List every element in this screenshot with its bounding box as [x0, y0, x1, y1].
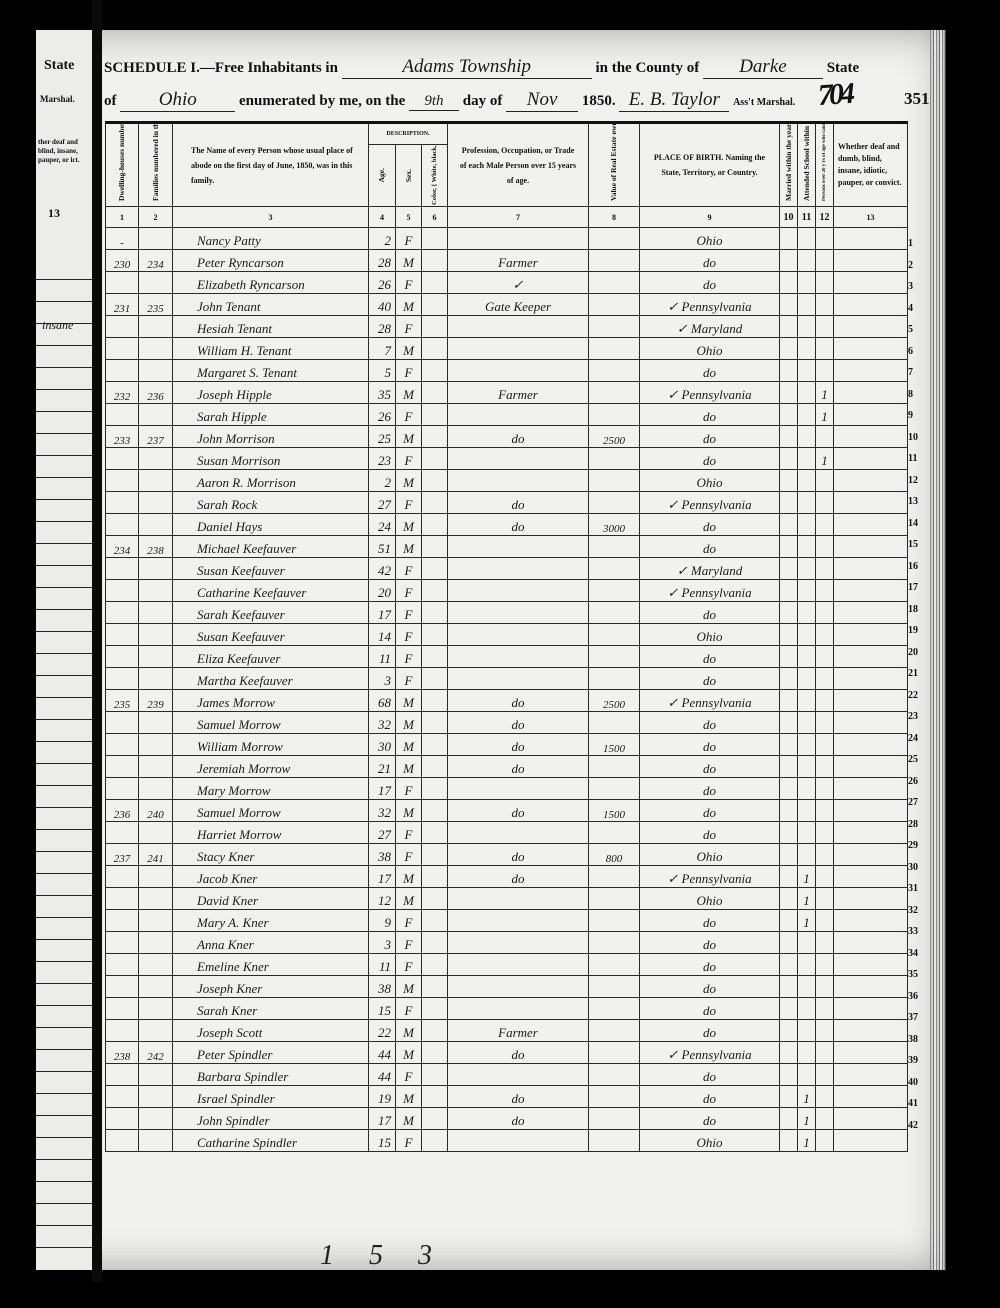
school-cell: 1	[798, 910, 816, 932]
person-name: John Spindler	[173, 1108, 369, 1130]
col-number: 8	[589, 207, 640, 228]
family-number	[139, 932, 173, 954]
disability-cell	[834, 492, 908, 514]
illiterate-cell	[816, 976, 834, 998]
person-name: Barbara Spindler	[173, 1064, 369, 1086]
illiterate-cell	[816, 536, 834, 558]
color-cell	[422, 514, 448, 536]
occupation-cell: do	[448, 800, 589, 822]
person-name: William H. Tenant	[173, 338, 369, 360]
occupation-cell	[448, 404, 589, 426]
married-cell	[780, 602, 798, 624]
birthplace-cell: do	[640, 448, 780, 470]
table-row: 230234Peter Ryncarson28MFarmerdo	[106, 250, 908, 272]
illiterate-cell	[816, 668, 834, 690]
color-cell	[422, 932, 448, 954]
age-cell: 28	[369, 250, 396, 272]
illiterate-cell	[816, 558, 834, 580]
occupation-cell	[448, 822, 589, 844]
township-field: Adams Township	[342, 56, 592, 79]
occupation-cell: Farmer	[448, 1020, 589, 1042]
occupation-cell: do	[448, 1108, 589, 1130]
color-cell	[422, 338, 448, 360]
family-number	[139, 888, 173, 910]
dwelling-number	[106, 932, 139, 954]
age-cell: 5	[369, 360, 396, 382]
married-cell	[780, 382, 798, 404]
enumerator-field: E. B. Taylor	[619, 89, 729, 112]
schedule-header-line1: SCHEDULE I.—Free Inhabitants in Adams To…	[104, 56, 859, 79]
col-sex-header: Sex.	[396, 145, 422, 207]
family-number: 238	[139, 536, 173, 558]
dwelling-number	[106, 514, 139, 536]
disability-cell	[834, 778, 908, 800]
line-number: 25	[908, 749, 918, 771]
prev-marshal-label: Marshal.	[40, 94, 75, 104]
illiterate-cell	[816, 756, 834, 778]
dwelling-number	[106, 360, 139, 382]
disability-cell	[834, 756, 908, 778]
real-estate-value-cell	[589, 1020, 640, 1042]
person-name: Catharine Keefauver	[173, 580, 369, 602]
school-cell	[798, 954, 816, 976]
dwelling-number	[106, 712, 139, 734]
illiterate-cell	[816, 470, 834, 492]
sex-cell: M	[396, 294, 422, 316]
illiterate-cell	[816, 712, 834, 734]
family-number	[139, 822, 173, 844]
age-cell: 27	[369, 822, 396, 844]
table-row: Emeline Kner11Fdo	[106, 954, 908, 976]
dwelling-number	[106, 558, 139, 580]
school-cell	[798, 228, 816, 250]
age-cell: 19	[369, 1086, 396, 1108]
line-number: 12	[908, 470, 918, 492]
real-estate-value-cell	[589, 492, 640, 514]
age-cell: 42	[369, 558, 396, 580]
real-estate-value-cell	[589, 976, 640, 998]
table-row: Daniel Hays24Mdo3000do	[106, 514, 908, 536]
birthplace-cell: ✓ Maryland	[640, 558, 780, 580]
line-number: 17	[908, 577, 918, 599]
table-row: Joseph Scott22MFarmerdo	[106, 1020, 908, 1042]
married-cell	[780, 1064, 798, 1086]
person-name: Elizabeth Ryncarson	[173, 272, 369, 294]
color-cell	[422, 228, 448, 250]
person-name: Joseph Kner	[173, 976, 369, 998]
family-number	[139, 1130, 173, 1152]
disability-cell	[834, 514, 908, 536]
col-birthplace-header: PLACE OF BIRTH. Naming the State, Territ…	[640, 123, 780, 207]
family-number: 237	[139, 426, 173, 448]
line-number: 31	[908, 878, 918, 900]
line-number: 11	[908, 448, 918, 470]
married-cell	[780, 228, 798, 250]
illiterate-cell	[816, 250, 834, 272]
birthplace-cell: ✓ Pennsylvania	[640, 866, 780, 888]
line-number: 23	[908, 706, 918, 728]
illiterate-cell	[816, 778, 834, 800]
table-row: Martha Keefauver3Fdo	[106, 668, 908, 690]
person-name: Nancy Patty	[173, 228, 369, 250]
occupation-cell	[448, 338, 589, 360]
age-cell: 22	[369, 1020, 396, 1042]
occupation-cell: do	[448, 514, 589, 536]
disability-cell	[834, 624, 908, 646]
dwelling-number: 233	[106, 426, 139, 448]
col-age-header: Age.	[369, 145, 396, 207]
disability-cell	[834, 1108, 908, 1130]
disability-cell	[834, 1064, 908, 1086]
occupation-cell	[448, 228, 589, 250]
age-cell: 28	[369, 316, 396, 338]
age-cell: 27	[369, 492, 396, 514]
illiterate-cell	[816, 800, 834, 822]
occupation-cell: do	[448, 756, 589, 778]
real-estate-value-cell	[589, 360, 640, 382]
married-cell	[780, 1020, 798, 1042]
disability-cell	[834, 822, 908, 844]
school-cell	[798, 492, 816, 514]
sex-cell: F	[396, 998, 422, 1020]
table-row: Aaron R. Morrison2MOhio	[106, 470, 908, 492]
married-cell	[780, 338, 798, 360]
birthplace-cell: ✓ Maryland	[640, 316, 780, 338]
county-field: Darke	[703, 56, 823, 79]
line-number: 38	[908, 1029, 918, 1051]
real-estate-value-cell	[589, 1086, 640, 1108]
color-cell	[422, 448, 448, 470]
occupation-cell	[448, 602, 589, 624]
prev-col13-header: ther deaf and blind, insane, pauper, or …	[38, 138, 92, 165]
school-cell	[798, 558, 816, 580]
occupation-cell	[448, 668, 589, 690]
table-row: Harriet Morrow27Fdo	[106, 822, 908, 844]
age-cell: 44	[369, 1042, 396, 1064]
family-number	[139, 228, 173, 250]
disability-cell	[834, 976, 908, 998]
disability-cell	[834, 316, 908, 338]
real-estate-value-cell	[589, 954, 640, 976]
age-cell: 26	[369, 272, 396, 294]
age-cell: 2	[369, 470, 396, 492]
sex-cell: F	[396, 448, 422, 470]
table-row: 232236Joseph Hipple35MFarmer✓ Pennsylvan…	[106, 382, 908, 404]
school-cell	[798, 250, 816, 272]
school-cell	[798, 646, 816, 668]
married-cell	[780, 580, 798, 602]
col-disability-header: Whether deaf and dumb, blind, insane, id…	[834, 123, 908, 207]
illiterate-cell	[816, 690, 834, 712]
person-name: Peter Spindler	[173, 1042, 369, 1064]
age-cell: 17	[369, 602, 396, 624]
age-cell: 32	[369, 800, 396, 822]
age-cell: 68	[369, 690, 396, 712]
dwelling-number	[106, 910, 139, 932]
sex-cell: F	[396, 316, 422, 338]
color-cell	[422, 294, 448, 316]
school-cell: 1	[798, 1108, 816, 1130]
illiterate-cell	[816, 580, 834, 602]
sex-cell: M	[396, 1108, 422, 1130]
line-number: 24	[908, 728, 918, 750]
real-estate-value-cell	[589, 646, 640, 668]
married-cell	[780, 976, 798, 998]
age-cell: 12	[369, 888, 396, 910]
real-estate-value-cell: 1500	[589, 800, 640, 822]
person-name: Susan Keefauver	[173, 624, 369, 646]
disability-cell	[834, 404, 908, 426]
illiterate-cell	[816, 624, 834, 646]
table-row: 231235John Tenant40MGate Keeper✓ Pennsyl…	[106, 294, 908, 316]
table-row: Susan Keefauver42F✓ Maryland	[106, 558, 908, 580]
sex-cell: F	[396, 228, 422, 250]
occupation-cell	[448, 910, 589, 932]
family-number	[139, 778, 173, 800]
birthplace-cell: Ohio	[640, 338, 780, 360]
dwelling-number	[106, 668, 139, 690]
school-cell	[798, 1042, 816, 1064]
real-estate-value-cell	[589, 1108, 640, 1130]
illiterate-cell	[816, 954, 834, 976]
line-number-column: 1234567891011121314151617181920212223242…	[908, 233, 918, 1136]
occupation-cell: ✓	[448, 272, 589, 294]
school-cell: 1	[798, 1130, 816, 1152]
family-number	[139, 910, 173, 932]
line-number: 4	[908, 298, 918, 320]
line-number: 10	[908, 427, 918, 449]
table-row: John Spindler17Mdodo1	[106, 1108, 908, 1130]
color-cell	[422, 976, 448, 998]
married-cell	[780, 1108, 798, 1130]
dwelling-number	[106, 404, 139, 426]
birthplace-cell: do	[640, 954, 780, 976]
sex-cell: M	[396, 250, 422, 272]
color-cell	[422, 778, 448, 800]
married-cell	[780, 866, 798, 888]
family-number	[139, 448, 173, 470]
sex-cell: F	[396, 492, 422, 514]
birthplace-cell: ✓ Pennsylvania	[640, 690, 780, 712]
dwelling-number: 234	[106, 536, 139, 558]
disability-cell	[834, 1086, 908, 1108]
col-number: 11	[798, 207, 816, 228]
school-cell	[798, 294, 816, 316]
birthplace-cell: do	[640, 646, 780, 668]
binding-spine	[92, 0, 102, 1308]
sex-cell: M	[396, 712, 422, 734]
school-cell	[798, 404, 816, 426]
real-estate-value-cell	[589, 250, 640, 272]
illiterate-cell	[816, 272, 834, 294]
disability-cell	[834, 668, 908, 690]
dwelling-number	[106, 602, 139, 624]
occupation-cell: Farmer	[448, 250, 589, 272]
real-estate-value-cell	[589, 668, 640, 690]
family-number	[139, 492, 173, 514]
of-label: of	[104, 93, 117, 110]
person-name: Sarah Rock	[173, 492, 369, 514]
marshal-label: Ass't Marshal.	[733, 97, 795, 108]
table-row: 236240Samuel Morrow32Mdo1500do	[106, 800, 908, 822]
line-number: 41	[908, 1093, 918, 1115]
family-number	[139, 954, 173, 976]
illiterate-cell	[816, 294, 834, 316]
color-cell	[422, 690, 448, 712]
color-cell	[422, 316, 448, 338]
line-number: 29	[908, 835, 918, 857]
disability-cell	[834, 888, 908, 910]
married-cell	[780, 448, 798, 470]
school-cell	[798, 514, 816, 536]
sex-cell: F	[396, 844, 422, 866]
person-name: Stacy Kner	[173, 844, 369, 866]
color-cell	[422, 624, 448, 646]
person-name: Israel Spindler	[173, 1086, 369, 1108]
birthplace-cell: do	[640, 1020, 780, 1042]
line-number: 39	[908, 1050, 918, 1072]
disability-cell	[834, 382, 908, 404]
illiterate-cell: 1	[816, 382, 834, 404]
real-estate-value-cell	[589, 932, 640, 954]
disability-cell	[834, 558, 908, 580]
family-number	[139, 668, 173, 690]
line-number: 8	[908, 384, 918, 406]
real-estate-value-cell	[589, 778, 640, 800]
school-cell	[798, 602, 816, 624]
married-cell	[780, 998, 798, 1020]
person-name: Joseph Scott	[173, 1020, 369, 1042]
age-cell: 32	[369, 712, 396, 734]
birthplace-cell: do	[640, 910, 780, 932]
dwelling-number	[106, 1086, 139, 1108]
person-name: David Kner	[173, 888, 369, 910]
color-cell	[422, 1108, 448, 1130]
school-cell: 1	[798, 1086, 816, 1108]
sex-cell: M	[396, 536, 422, 558]
dwelling-number	[106, 1108, 139, 1130]
married-cell	[780, 514, 798, 536]
occupation-cell: do	[448, 866, 589, 888]
real-estate-value-cell: 2500	[589, 690, 640, 712]
color-cell	[422, 888, 448, 910]
dwelling-number: 237	[106, 844, 139, 866]
married-cell	[780, 1086, 798, 1108]
person-name: Joseph Hipple	[173, 382, 369, 404]
sex-cell: M	[396, 1042, 422, 1064]
real-estate-value-cell	[589, 624, 640, 646]
occupation-cell: do	[448, 1042, 589, 1064]
school-cell	[798, 382, 816, 404]
line-number: 27	[908, 792, 918, 814]
color-cell	[422, 734, 448, 756]
family-number	[139, 272, 173, 294]
person-name: John Tenant	[173, 294, 369, 316]
table-row: Sarah Hipple26Fdo1	[106, 404, 908, 426]
page-number: 351	[904, 89, 930, 109]
married-cell	[780, 250, 798, 272]
line-number: 30	[908, 857, 918, 879]
real-estate-value-cell	[589, 294, 640, 316]
person-name: Hesiah Tenant	[173, 316, 369, 338]
family-number: 241	[139, 844, 173, 866]
disability-cell	[834, 1130, 908, 1152]
illiterate-cell	[816, 1042, 834, 1064]
sex-cell: M	[396, 800, 422, 822]
line-number: 42	[908, 1115, 918, 1137]
dwelling-number	[106, 448, 139, 470]
school-cell	[798, 668, 816, 690]
color-cell	[422, 536, 448, 558]
birthplace-cell: ✓ Pennsylvania	[640, 382, 780, 404]
sex-cell: M	[396, 470, 422, 492]
dwelling-number: 231	[106, 294, 139, 316]
color-cell	[422, 866, 448, 888]
school-cell	[798, 426, 816, 448]
occupation-cell	[448, 536, 589, 558]
sex-cell: M	[396, 888, 422, 910]
disability-cell	[834, 910, 908, 932]
family-number	[139, 514, 173, 536]
married-cell	[780, 404, 798, 426]
person-name: Jeremiah Morrow	[173, 756, 369, 778]
sex-cell: M	[396, 734, 422, 756]
illiterate-cell	[816, 1130, 834, 1152]
real-estate-value-cell	[589, 822, 640, 844]
disability-cell	[834, 646, 908, 668]
month-field: Nov	[506, 89, 578, 112]
age-cell: 15	[369, 998, 396, 1020]
sex-cell: F	[396, 822, 422, 844]
col-number: 3	[173, 207, 369, 228]
disability-cell	[834, 470, 908, 492]
color-cell	[422, 1042, 448, 1064]
table-row: 235239James Morrow68Mdo2500✓ Pennsylvani…	[106, 690, 908, 712]
line-number: 33	[908, 921, 918, 943]
family-number	[139, 360, 173, 382]
birthplace-cell: do	[640, 756, 780, 778]
col-number: 1	[106, 207, 139, 228]
line-number: 34	[908, 943, 918, 965]
real-estate-value-cell	[589, 536, 640, 558]
age-cell: 23	[369, 448, 396, 470]
sex-cell: F	[396, 668, 422, 690]
person-name: Eliza Keefauver	[173, 646, 369, 668]
real-estate-value-cell	[589, 1064, 640, 1086]
occupation-cell	[448, 998, 589, 1020]
married-cell	[780, 844, 798, 866]
occupation-cell: Gate Keeper	[448, 294, 589, 316]
county-label: in the County of	[595, 60, 699, 77]
occupation-cell	[448, 580, 589, 602]
real-estate-value-cell	[589, 338, 640, 360]
birthplace-cell: Ohio	[640, 844, 780, 866]
married-cell	[780, 646, 798, 668]
married-cell	[780, 536, 798, 558]
color-cell	[422, 1020, 448, 1042]
color-cell	[422, 954, 448, 976]
birthplace-cell: do	[640, 514, 780, 536]
table-row: Sarah Rock27Fdo✓ Pennsylvania	[106, 492, 908, 514]
color-cell	[422, 250, 448, 272]
birthplace-cell: do	[640, 822, 780, 844]
married-cell	[780, 624, 798, 646]
illiterate-cell	[816, 866, 834, 888]
family-number	[139, 976, 173, 998]
age-cell: 25	[369, 426, 396, 448]
color-cell	[422, 382, 448, 404]
year-label: 1850.	[582, 93, 616, 110]
